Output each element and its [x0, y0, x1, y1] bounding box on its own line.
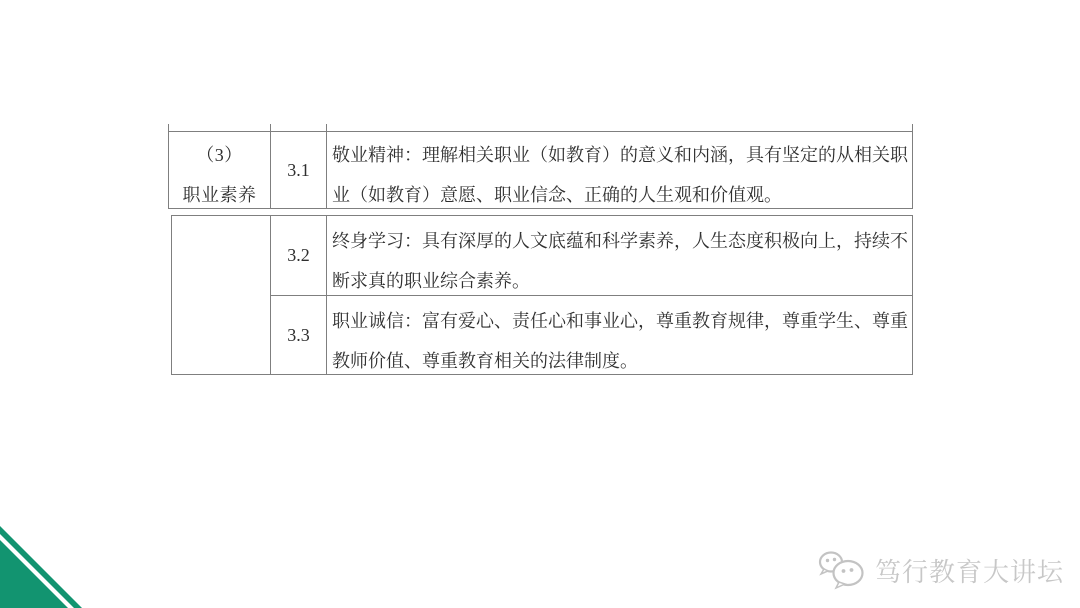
desc-line: 职业诚信：富有爱心、责任心和事业心，尊重教育规律，尊重学生、尊重 [332, 301, 908, 341]
row-number: 3.3 [287, 325, 310, 346]
slide: （3） 职业素养 3.1 敬业精神：理解相关职业（如教育）的意义和内涵，具有坚定… [0, 0, 1080, 608]
table-row: 3.3 职业诚信：富有爱心、责任心和事业心，尊重教育规律，尊重学生、尊重 教师价… [271, 295, 912, 374]
row-number: 3.1 [287, 160, 310, 181]
brand-text: 笃行教育大讲坛 [875, 552, 1064, 589]
row-desc-cell: 敬业精神：理解相关职业（如教育）的意义和内涵，具有坚定的从相关职 业（如教育）意… [327, 132, 912, 208]
row-number-cell: 3.2 [271, 216, 327, 295]
table-top-stub [270, 124, 271, 131]
table-rows: 3.2 终身学习：具有深厚的人文底蕴和科学素养，人生态度积极向上，持续不 断求真… [271, 216, 912, 374]
row-number: 3.2 [287, 245, 310, 266]
category-line: （3） [196, 135, 243, 175]
desc-line: 业（如教育）意愿、职业信念、正确的人生观和价值观。 [332, 175, 908, 215]
row-number-cell: 3.3 [271, 296, 327, 374]
table-row: 3.2 终身学习：具有深厚的人文底蕴和科学素养，人生态度积极向上，持续不 断求真… [271, 216, 912, 295]
desc-line: 敬业精神：理解相关职业（如教育）的意义和内涵，具有坚定的从相关职 [332, 135, 908, 175]
table-fragment-top: （3） 职业素养 3.1 敬业精神：理解相关职业（如教育）的意义和内涵，具有坚定… [168, 131, 913, 209]
table-top-stub [168, 124, 169, 131]
corner-triangle-decoration [0, 520, 90, 608]
row-number-cell: 3.1 [271, 132, 327, 208]
brand-watermark: 笃行教育大讲坛 [818, 549, 1064, 591]
row-desc-cell: 终身学习：具有深厚的人文底蕴和科学素养，人生态度积极向上，持续不 断求真的职业综… [327, 216, 912, 295]
table-top-stub [326, 124, 327, 131]
table-fragment-bottom: 3.2 终身学习：具有深厚的人文底蕴和科学素养，人生态度积极向上，持续不 断求真… [171, 215, 913, 375]
speech-bubble-faces-icon [818, 550, 866, 590]
desc-line: 教师价值、尊重教育相关的法律制度。 [332, 341, 908, 381]
corner-triangle [0, 540, 68, 608]
table-top-stub [912, 124, 913, 131]
row-desc-cell: 职业诚信：富有爱心、责任心和事业心，尊重教育规律，尊重学生、尊重 教师价值、尊重… [327, 296, 912, 374]
category-line: 职业素养 [183, 175, 257, 215]
desc-line: 终身学习：具有深厚的人文底蕴和科学素养，人生态度积极向上，持续不 [332, 221, 908, 261]
category-cell: （3） 职业素养 [169, 132, 271, 208]
category-cell-empty [172, 216, 271, 374]
